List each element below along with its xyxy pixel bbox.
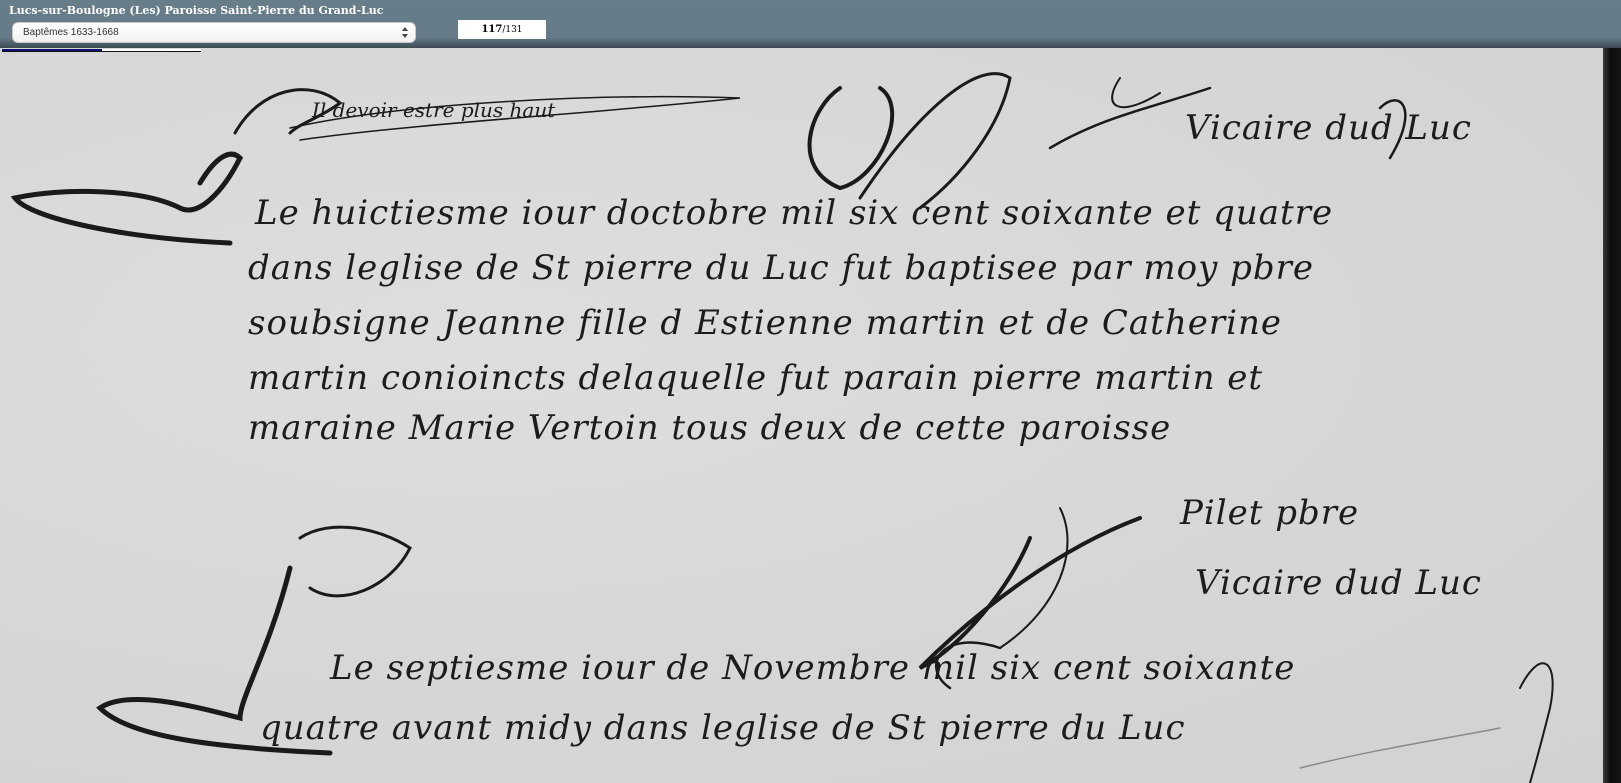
- record-line-7: quatre avant midy dans leglise de St pie…: [260, 708, 1186, 748]
- document-image[interactable]: Il devoir estre plus haut Vicaire dud Lu…: [0, 48, 1603, 783]
- record-line-4: martin conioincts delaquelle fut parain …: [248, 358, 1263, 398]
- record-line-6: Le septiesme iour de Novembre mil six ce…: [330, 648, 1295, 688]
- record-line-3: soubsigne Jeanne fille d Estienne martin…: [248, 303, 1282, 343]
- progress-fill: [2, 49, 102, 51]
- page-title: Lucs-sur-Boulogne (Les) Paroisse Saint-P…: [9, 4, 383, 17]
- signature-name: Pilet pbre: [1180, 493, 1359, 533]
- viewer-header: Lucs-sur-Boulogne (Les) Paroisse Saint-P…: [0, 0, 1621, 48]
- record-line-2: dans leglise de St pierre du Luc fut bap…: [248, 248, 1314, 288]
- signature-title-1: Vicaire dud Luc: [1185, 108, 1472, 148]
- register-select-value: Baptêmes 1633-1668: [23, 27, 119, 38]
- loading-progress-bar: [2, 49, 201, 52]
- signature-title-2: Vicaire dud Luc: [1195, 563, 1482, 603]
- updown-arrows-icon: [401, 25, 409, 40]
- total-pages: 131: [505, 25, 522, 35]
- page-counter[interactable]: 117/131: [458, 20, 546, 39]
- page-scan-edge: [1603, 48, 1621, 783]
- record-line-1: Le huictiesme iour doctobre mil six cent…: [255, 193, 1333, 233]
- register-select[interactable]: Baptêmes 1633-1668: [12, 22, 416, 43]
- current-page: 117: [481, 24, 502, 35]
- record-line-5: maraine Marie Vertoin tous deux de cette…: [248, 408, 1171, 448]
- margin-note: Il devoir estre plus haut: [312, 98, 555, 122]
